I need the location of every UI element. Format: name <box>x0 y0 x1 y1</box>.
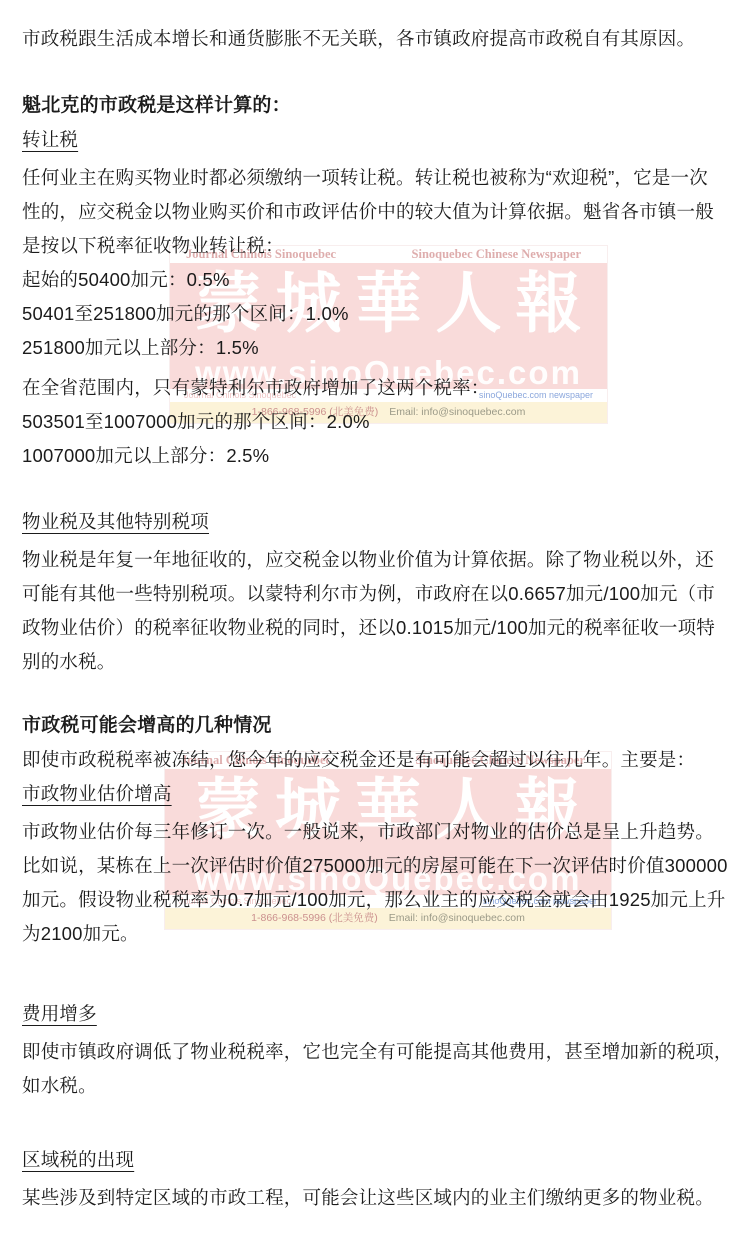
article-page: Journal Chinois Sinoquebec Sinoquebec Ch… <box>0 0 755 1237</box>
paragraph-line: 政物业估价）的税率征收物业税的同时，还以0.1015加元/100加元的税率征收一… <box>22 611 733 645</box>
paragraph-line: 物业税是年复一年地征收的，应交税金以物业价值为计算依据。除了物业税以外，还 <box>22 543 733 577</box>
subheading-fees-increase: 费用增多 <box>22 997 733 1031</box>
subheading-district-tax: 区域税的出现 <box>22 1143 733 1177</box>
paragraph-line: 别的水税。 <box>22 645 733 679</box>
section-heading-increase: 市政税可能会增高的几种情况 <box>22 709 733 743</box>
subheading-transfer-tax: 转让税 <box>22 123 733 157</box>
subheading-assessment-rise: 市政物业估价增高 <box>22 777 733 811</box>
tax-rate-line: 起始的50400加元：0.5% <box>22 263 733 297</box>
article-body: 市政税跟生活成本增长和通货膨胀不无关联，各市镇政府提高市政税自有其原因。 魁北克… <box>0 0 755 1215</box>
tax-rate-line: 1007000加元以上部分：2.5% <box>22 439 733 473</box>
paragraph-line: 可能有其他一些特别税项。以蒙特利尔市为例，市政府在以0.6657加元/100加元… <box>22 577 733 611</box>
paragraph-line: 加元。假设物业税税率为0.7加元/100加元，那么业主的应交税金就会由1925加… <box>22 883 733 917</box>
paragraph-line: 性的，应交税金以物业购买价和市政评估价中的较大值为计算依据。魁省各市镇一般 <box>22 195 733 229</box>
tax-rate-line: 503501至1007000加元的那个区间：2.0% <box>22 405 733 439</box>
paragraph-line: 比如说，某栋在上一次评估时价值275000加元的房屋可能在下一次评估时价值300… <box>22 849 733 883</box>
paragraph-line: 即使市镇政府调低了物业税税率，它也完全有可能提高其他费用，甚至增加新的税项， <box>22 1035 733 1069</box>
paragraph-line: 某些涉及到特定区域的市政工程，可能会让这些区域内的业主们缴纳更多的物业税。 <box>22 1181 733 1215</box>
tax-rate-line: 50401至251800加元的那个区间：1.0% <box>22 297 733 331</box>
paragraph-line: 市政物业估价每三年修订一次。一般说来，市政部门对物业的估价总是呈上升趋势。 <box>22 815 733 849</box>
paragraph-line: 任何业主在购买物业时都必须缴纳一项转让税。转让税也被称为“欢迎税”，它是一次 <box>22 161 733 195</box>
tax-rate-line: 251800加元以上部分：1.5% <box>22 331 733 365</box>
section-heading-calculation: 魁北克的市政税是这样计算的： <box>22 89 733 123</box>
paragraph-line: 在全省范围内，只有蒙特利尔市政府增加了这两个税率： <box>22 371 733 405</box>
paragraph-line: 即使市政税税率被冻结，您今年的应交税金还是有可能会超过以往几年。主要是： <box>22 743 733 777</box>
paragraph-line: 如水税。 <box>22 1069 733 1103</box>
intro-paragraph-line: 市政税跟生活成本增长和通货膨胀不无关联，各市镇政府提高市政税自有其原因。 <box>22 22 733 56</box>
subheading-property-tax: 物业税及其他特别税项 <box>22 505 733 539</box>
paragraph-line: 是按以下税率征收物业转让税： <box>22 229 733 263</box>
paragraph-line: 为2100加元。 <box>22 917 733 951</box>
